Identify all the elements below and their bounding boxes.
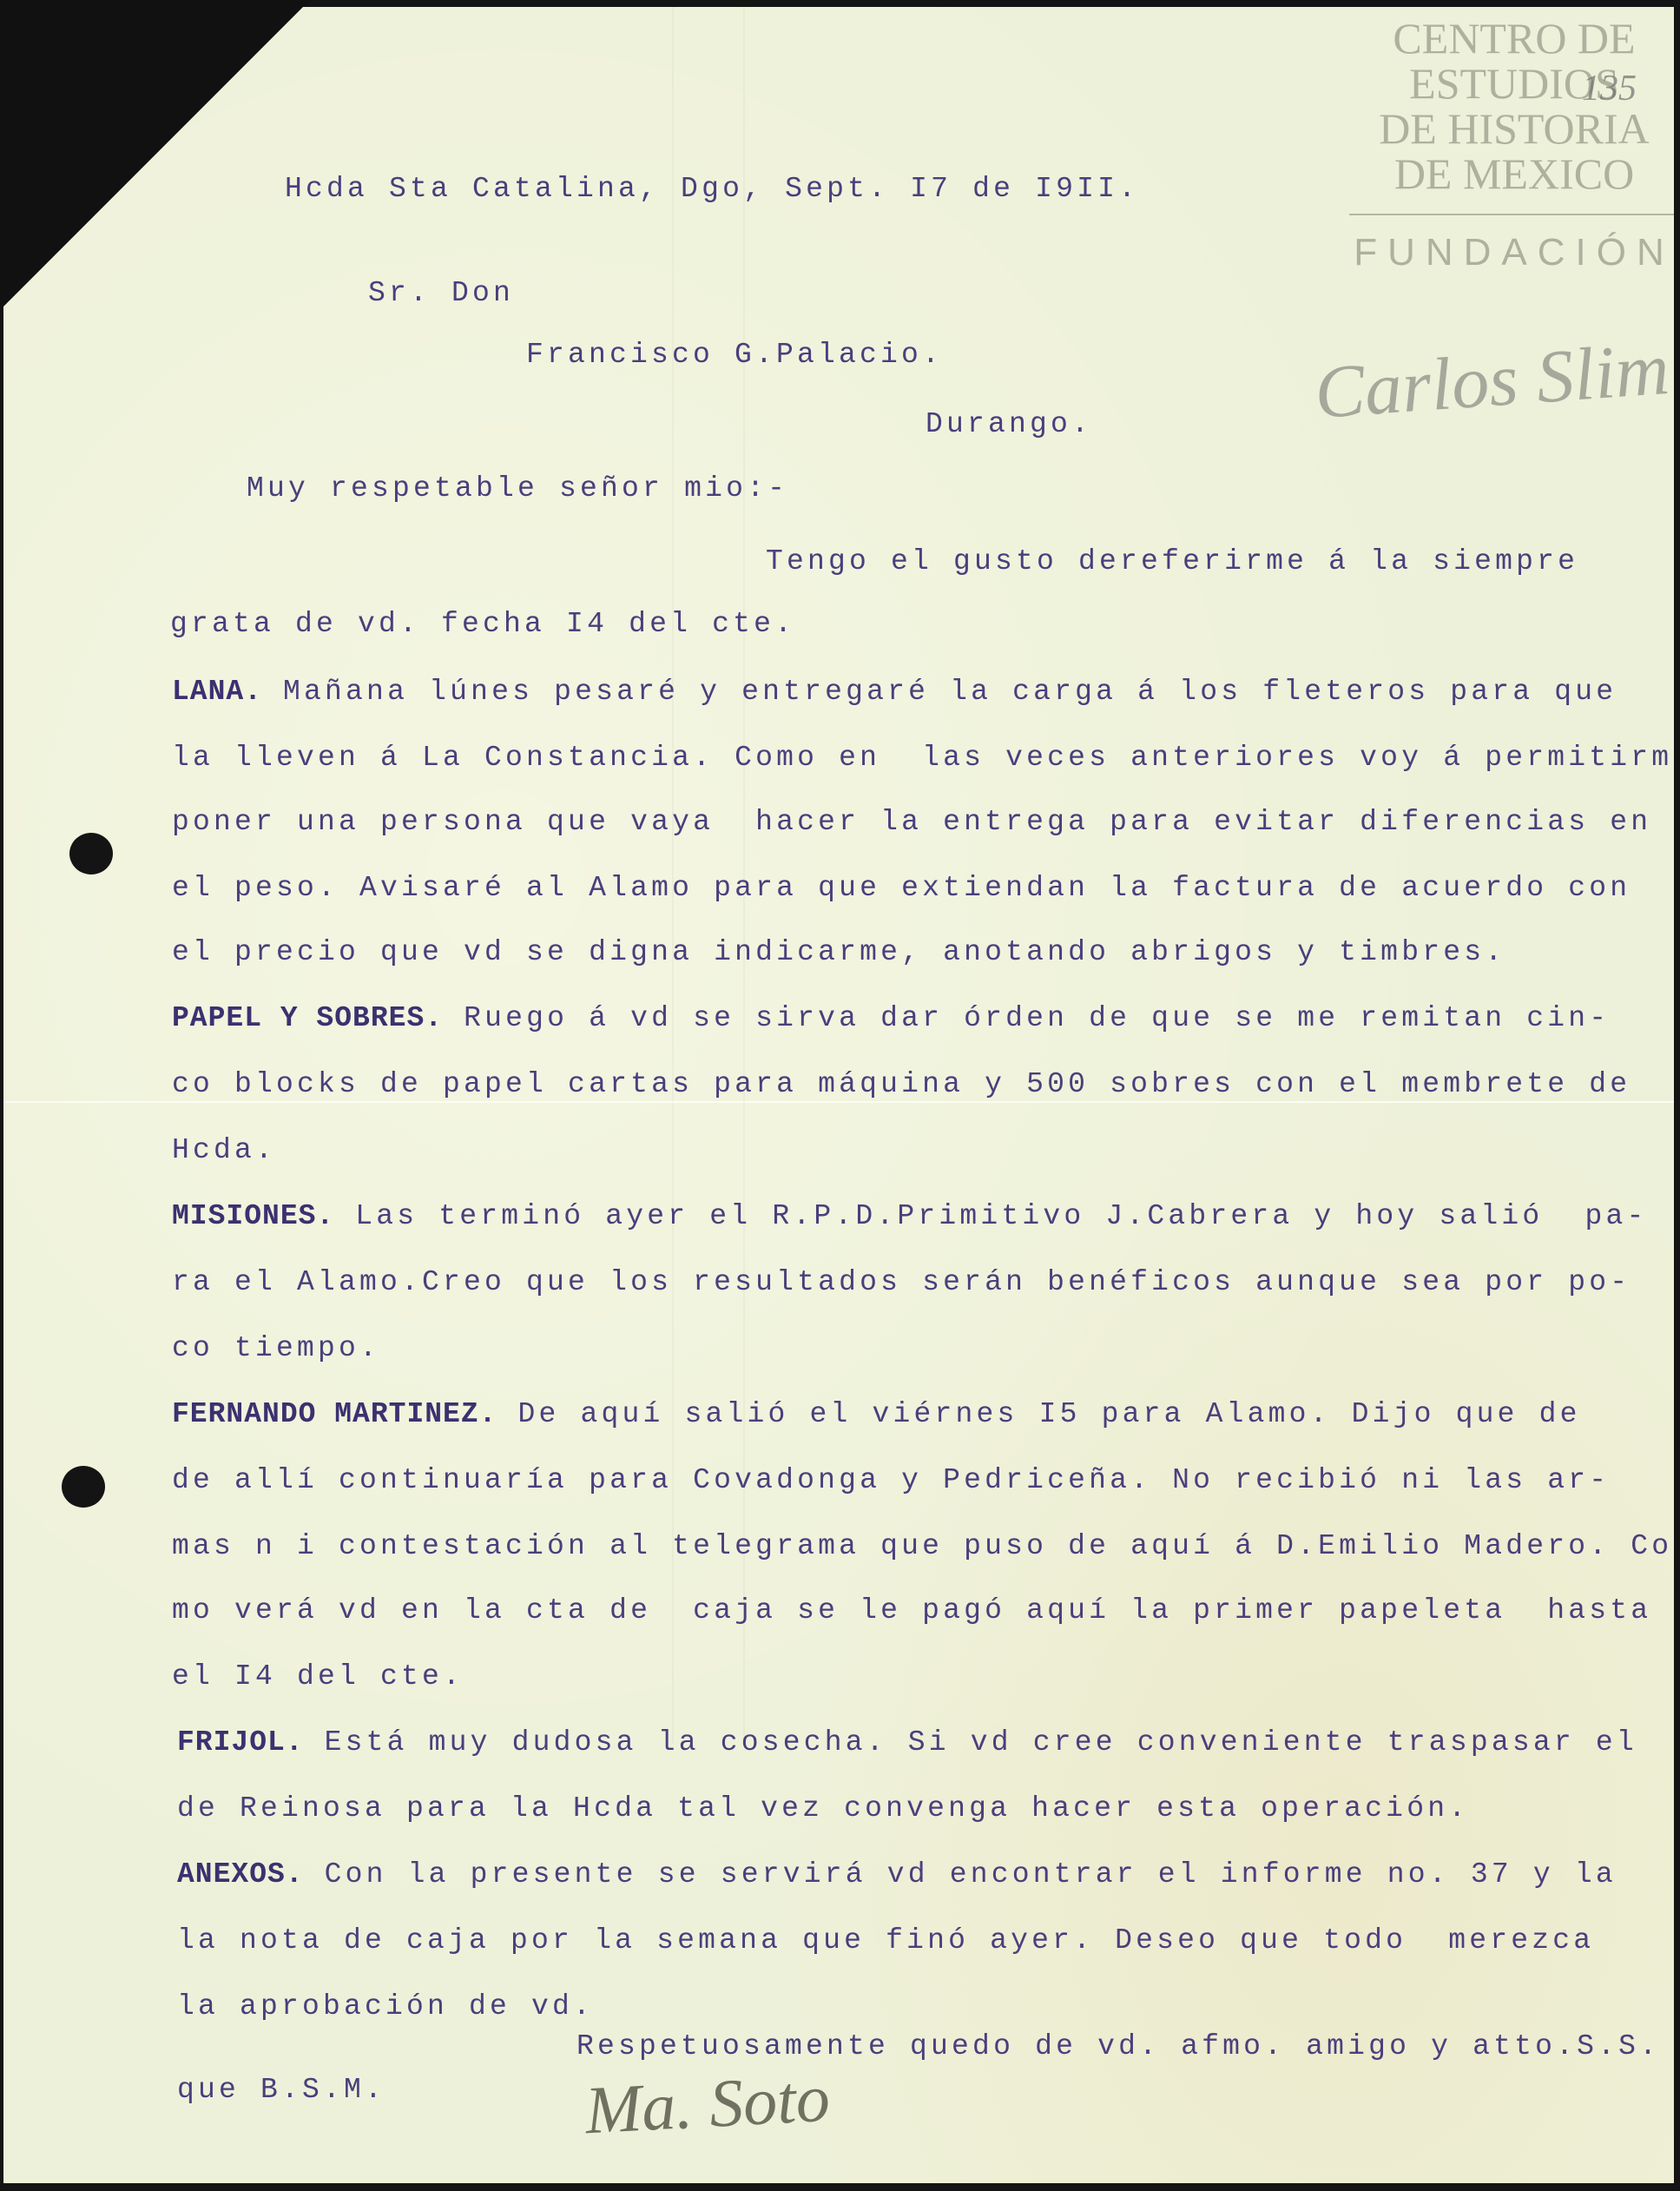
section-misiones: MISIONES. Las terminó ayer el R.P.D.Prim… [172,1202,1647,1231]
closing-abbrev: que B.S.M. [177,2076,385,2104]
recipient-city: Durango. [926,410,1092,439]
intro-line: Tengo el gusto dereferirme á la siempre [766,547,1578,576]
closing: Respetuosamente quedo de vd. afmo. amigo… [576,2032,1660,2061]
section-text: Está muy dudosa la cosecha. Si vd cree c… [325,1726,1637,1759]
section-text: mas n i contestación al telegrama que pu… [172,1532,1680,1561]
section-text: la nota de caja por la semana que finó a… [177,1926,1594,1955]
watermark-foundation: FUNDACIÓN [1349,231,1679,274]
section-heading: LANA. [172,676,262,708]
section-text: Con la presente se servirá vd encontrar … [325,1858,1617,1891]
section-text: co blocks de papel cartas para máquina y… [172,1070,1631,1099]
section-text: De aquí salió el viérnes I5 para Alamo. … [517,1398,1580,1430]
watermark-line: DE HISTORIA [1349,106,1679,151]
section-heading: ANEXOS. [177,1858,304,1891]
greeting: Muy respetable señor mio:- [247,474,788,503]
archive-watermark: CENTRO DE ESTUDIOS DE HISTORIA DE MEXICO… [1349,16,1679,274]
punch-hole [62,1466,105,1508]
section-papel-y-sobres: PAPEL Y SOBRES. Ruego á vd se sirva dar … [172,1004,1610,1033]
section-text: la aprobación de vd. [177,1992,594,2021]
section-text: Mañana lúnes pesaré y entregaré la carga… [283,676,1617,708]
section-text: el precio que vd se digna indicarme, ano… [172,938,1505,967]
section-text: co tiempo. [172,1334,380,1363]
section-heading: MISIONES. [172,1200,334,1232]
section-lana: LANA. Mañana lúnes pesaré y entregaré la… [172,677,1617,706]
section-text: Hcda. [172,1136,276,1165]
paper-fold-line [3,1101,1674,1103]
section-text: Las terminó ayer el R.P.D.Primitivo J.Ca… [355,1200,1647,1232]
watermark-divider [1349,214,1679,215]
section-text: ra el Alamo.Creo que los resultados será… [172,1268,1631,1297]
section-text: el peso. Avisaré al Alamo para que extie… [172,874,1631,902]
handwritten-signature: Ma. Soto [583,2059,832,2150]
watermark-line: DE MEXICO [1349,151,1679,196]
section-frijol: FRIJOL. Está muy dudosa la cosecha. Si v… [177,1728,1637,1757]
section-text: de Reinosa para la Hcda tal vez convenga… [177,1794,1469,1823]
place-date: Hcda Sta Catalina, Dgo, Sept. I7 de I9II… [285,175,1139,203]
section-text: el I4 del cte. [172,1662,464,1691]
salutation-title: Sr. Don [368,279,514,307]
watermark-line: CENTRO DE [1349,16,1679,61]
letter-page: CENTRO DE ESTUDIOS DE HISTORIA DE MEXICO… [3,7,1674,2183]
section-text: de allí continuaría para Covadonga y Ped… [172,1466,1610,1495]
section-text: poner una persona que vaya hacer la entr… [172,808,1651,836]
section-heading: PAPEL Y SOBRES. [172,1002,443,1034]
recipient-name: Francisco G.Palacio. [526,340,943,369]
section-text: la lleven á La Constancia. Como en las v… [172,743,1680,772]
section-heading: FERNANDO MARTINEZ. [172,1398,497,1430]
section-heading: FRIJOL. [177,1726,304,1759]
section-text: Ruego á vd se sirva dar órden de que se … [464,1002,1610,1034]
punch-hole [69,833,113,874]
archive-number: 135 [1582,68,1637,109]
section-fernando-martinez: FERNANDO MARTINEZ. De aquí salió el viér… [172,1400,1581,1429]
section-anexos: ANEXOS. Con la presente se servirá vd en… [177,1860,1617,1889]
intro-line: grata de vd. fecha I4 del cte. [170,610,795,638]
section-text: mo verá vd en la cta de caja se le pagó … [172,1596,1651,1625]
watermark-signature: Carlos Slim [1312,325,1672,436]
